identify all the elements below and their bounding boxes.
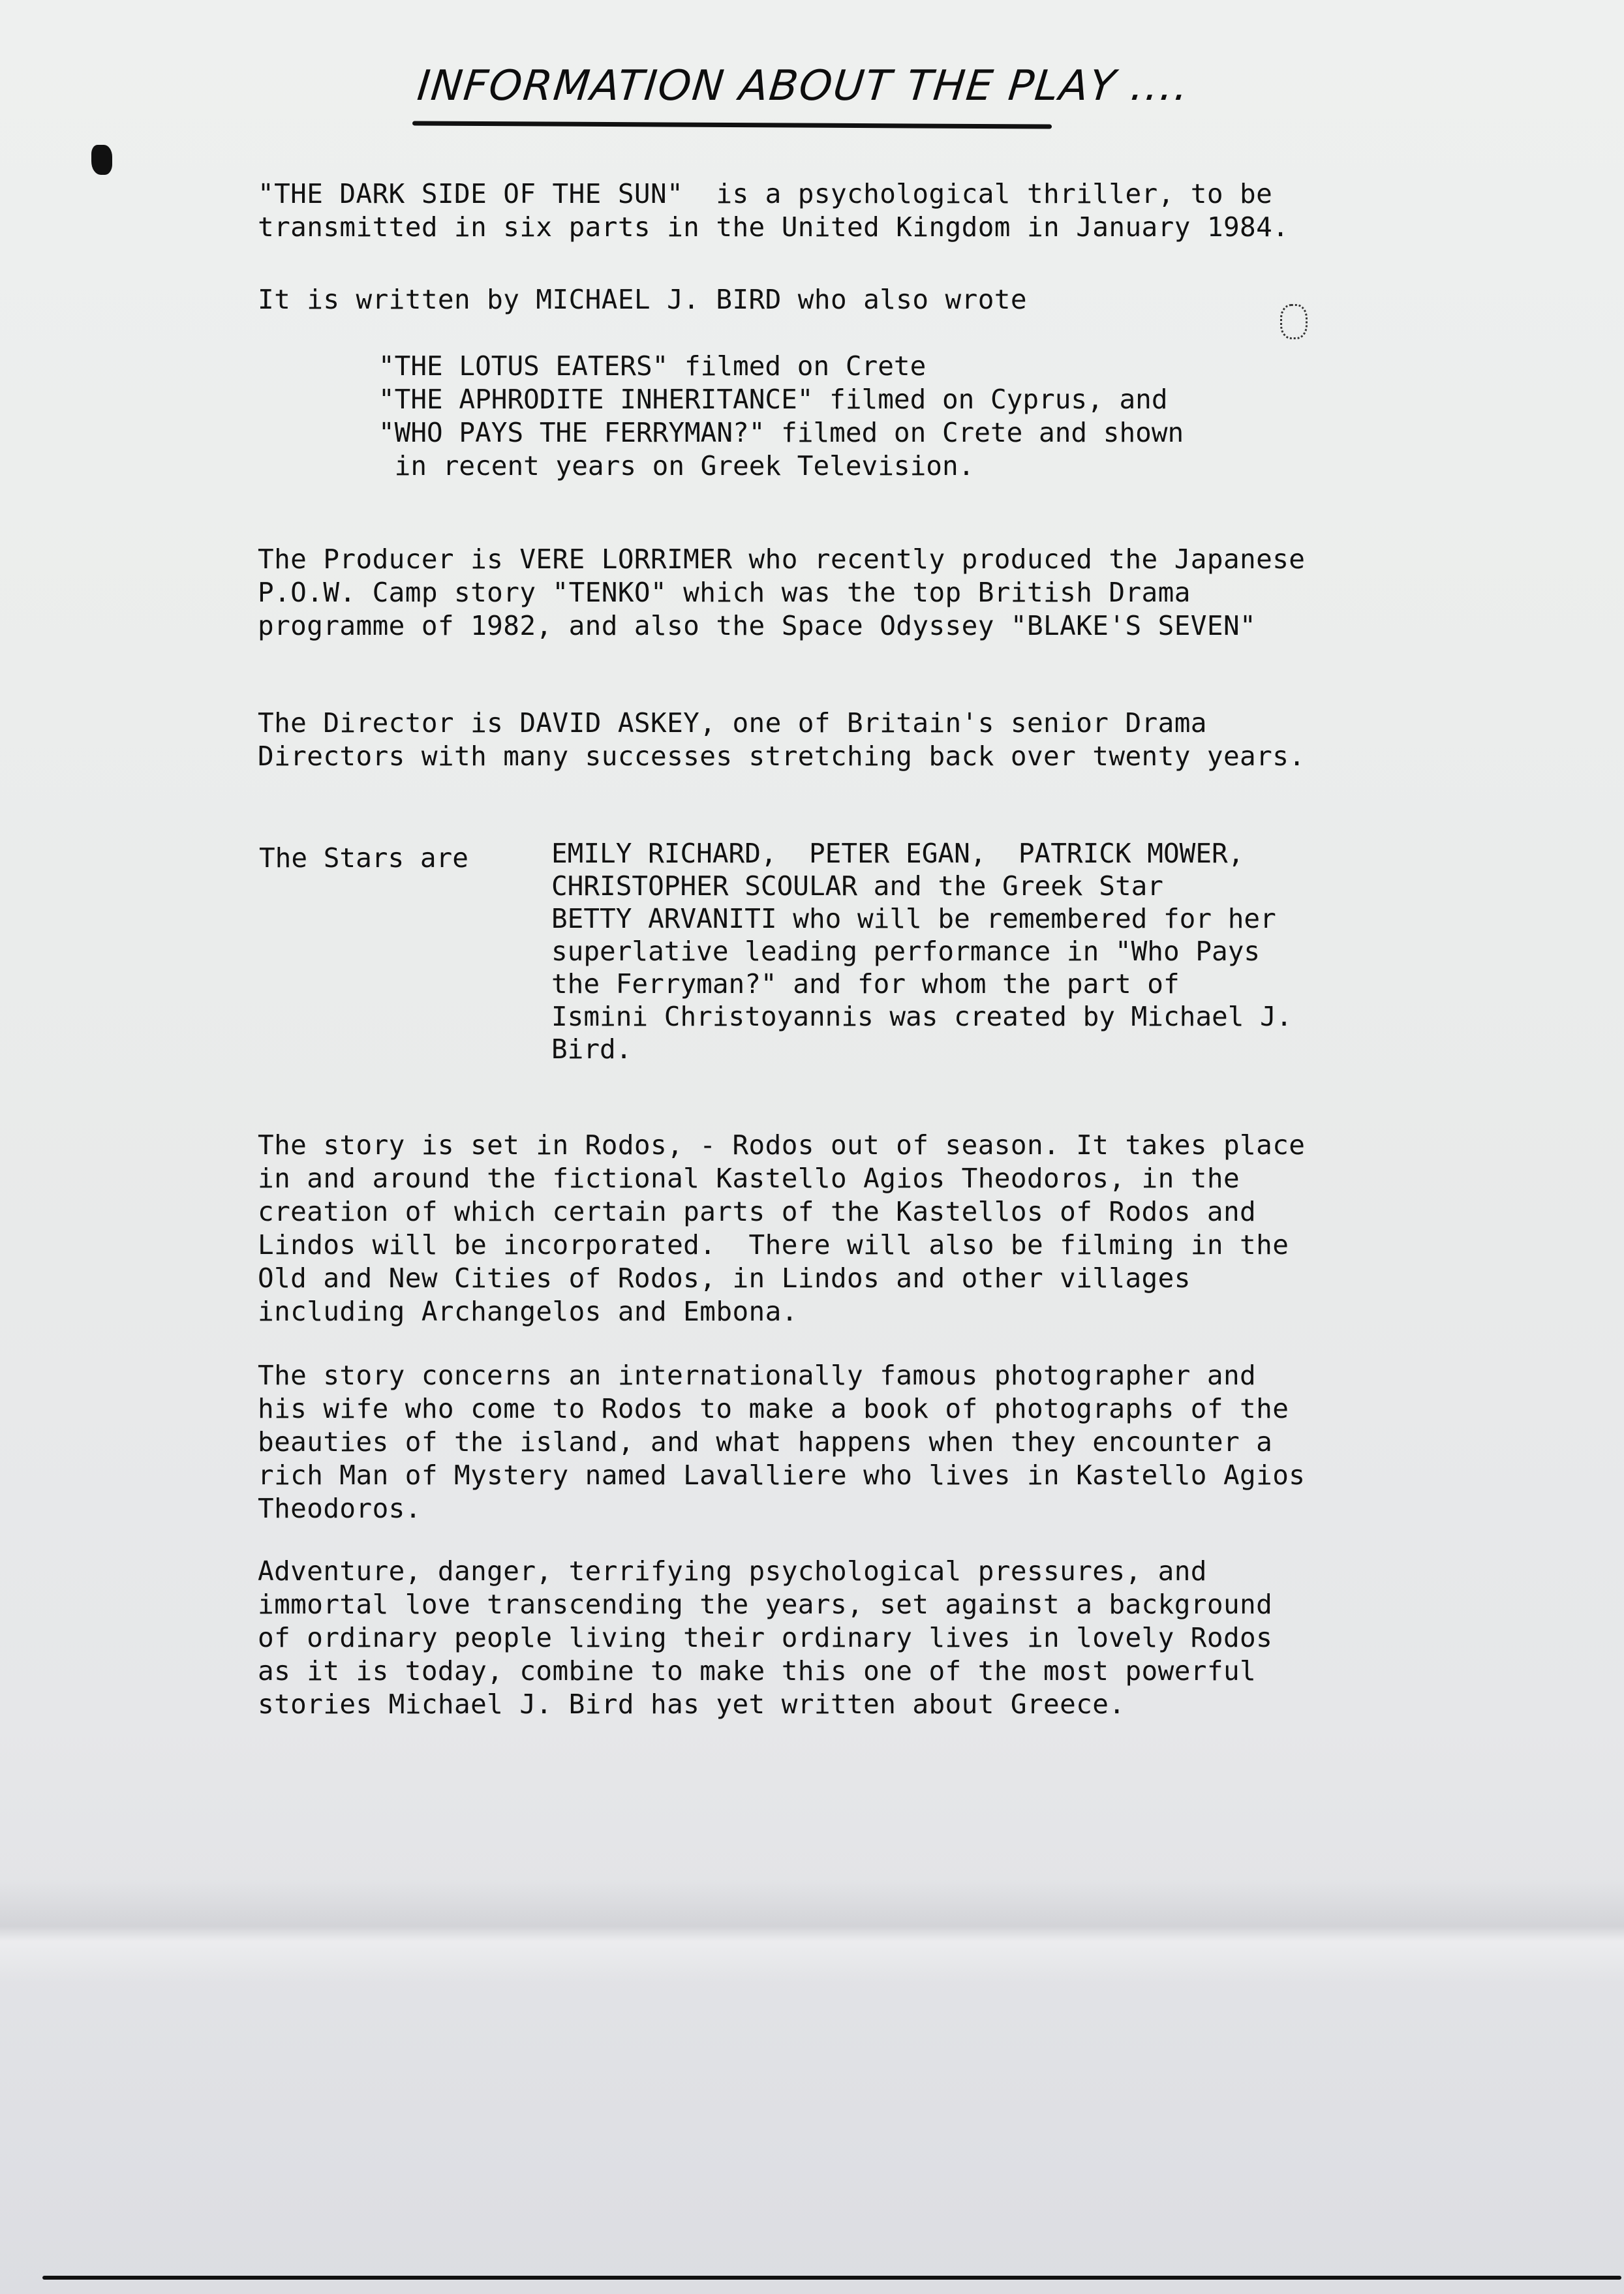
writer-line: It is written by MICHAEL J. BIRD who als… — [258, 283, 1027, 316]
stars-line: CHRISTOPHER SCOULAR and the Greek Star — [551, 870, 1163, 902]
stars-label: The Stars are — [259, 842, 468, 875]
producer-line: The Producer is VERE LORRIMER who recent… — [258, 543, 1305, 575]
director-line: Directors with many successes stretching… — [258, 741, 1305, 772]
intro-line: "THE DARK SIDE OF THE SUN" is a psycholo… — [258, 178, 1272, 209]
stars-line: the Ferryman?" and for whom the part of — [551, 968, 1180, 1000]
stars-line: Bird. — [551, 1033, 632, 1065]
setting-line: Lindos will be incorporated. There will … — [258, 1229, 1289, 1261]
producer-paragraph: The Producer is VERE LORRIMER who recent… — [258, 543, 1305, 643]
paper-fold-crease — [0, 1879, 1624, 1983]
closing-line: stories Michael J. Bird has yet written … — [258, 1689, 1125, 1720]
work-item: "THE APHRODITE INHERITANCE" filmed on Cy… — [378, 384, 1168, 415]
intro-line: transmitted in six parts in the United K… — [258, 211, 1289, 243]
director-paragraph: The Director is DAVID ASKEY, one of Brit… — [258, 707, 1305, 773]
closing-line: immortal love transcending the years, se… — [258, 1589, 1272, 1620]
setting-line: in and around the fictional Kastello Agi… — [258, 1163, 1240, 1194]
plot-line: rich Man of Mystery named Lavalliere who… — [258, 1460, 1305, 1491]
stars-line: superlative leading performance in "Who … — [551, 936, 1260, 967]
plot-line: his wife who come to Rodos to make a boo… — [258, 1393, 1289, 1424]
setting-line: creation of which certain parts of the K… — [258, 1196, 1256, 1227]
stars-line: BETTY ARVANITI who will be remembered fo… — [551, 903, 1276, 934]
plot-paragraph: The story concerns an internationally fa… — [258, 1359, 1305, 1525]
paper-smudge — [1280, 304, 1308, 339]
setting-line: Old and New Cities of Rodos, in Lindos a… — [258, 1262, 1191, 1294]
stars-line: Ismini Christoyannis was created by Mich… — [551, 1001, 1292, 1032]
closing-line: of ordinary people living their ordinary… — [258, 1622, 1272, 1653]
work-item: "THE LOTUS EATERS" filmed on Crete — [378, 350, 926, 382]
producer-line: programme of 1982, and also the Space Od… — [258, 610, 1256, 641]
setting-line: including Archangelos and Embona. — [258, 1296, 798, 1327]
producer-line: P.O.W. Camp story "TENKO" which was the … — [258, 577, 1191, 608]
director-line: The Director is DAVID ASKEY, one of Brit… — [258, 707, 1207, 739]
work-item: in recent years on Greek Television. — [378, 450, 974, 482]
ink-blot — [91, 145, 112, 175]
plot-line: Theodoros. — [258, 1493, 421, 1524]
closing-line: Adventure, danger, terrifying psychologi… — [258, 1555, 1207, 1587]
title-underline — [412, 121, 1052, 129]
closing-line: as it is today, combine to make this one… — [258, 1655, 1256, 1687]
stars-line: EMILY RICHARD, PETER EGAN, PATRICK MOWER… — [551, 838, 1244, 869]
plot-line: The story concerns an internationally fa… — [258, 1360, 1256, 1391]
page-bottom-edge-line — [42, 2276, 1621, 2280]
plot-line: beauties of the island, and what happens… — [258, 1426, 1272, 1458]
work-item: "WHO PAYS THE FERRYMAN?" filmed on Crete… — [378, 417, 1184, 448]
setting-paragraph: The story is set in Rodos, - Rodos out o… — [258, 1129, 1305, 1328]
writer-works-list: "THE LOTUS EATERS" filmed on Crete "THE … — [378, 350, 1184, 483]
closing-paragraph: Adventure, danger, terrifying psychologi… — [258, 1555, 1272, 1721]
stars-list: EMILY RICHARD, PETER EGAN, PATRICK MOWER… — [551, 837, 1292, 1065]
handwritten-title: INFORMATION ABOUT THE PLAY .... — [415, 62, 1191, 110]
intro-paragraph: "THE DARK SIDE OF THE SUN" is a psycholo… — [258, 177, 1289, 244]
setting-line: The story is set in Rodos, - Rodos out o… — [258, 1129, 1305, 1161]
